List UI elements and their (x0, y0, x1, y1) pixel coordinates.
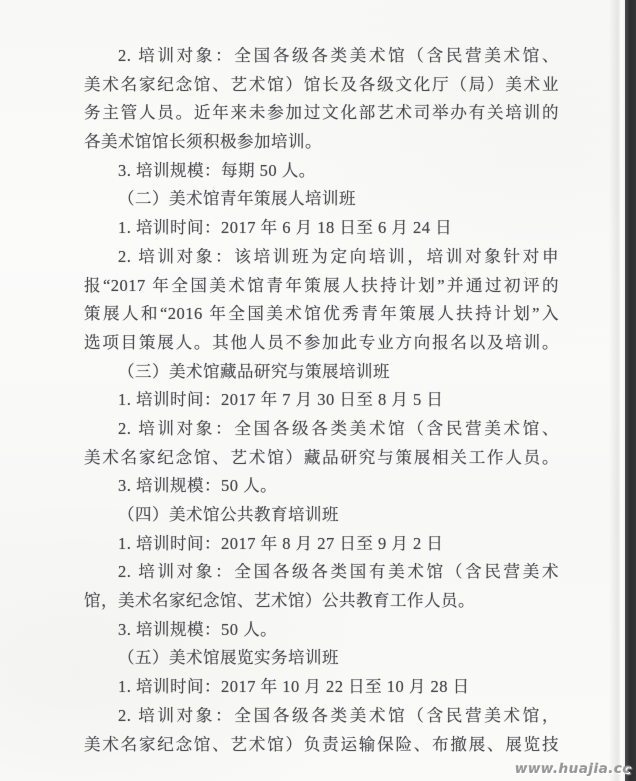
text-line: 2. 培训对象：全国各级各类美术馆（含民营美术馆、 (84, 42, 559, 71)
text-line: 2. 培训对象：全国各级各类美术馆（含民营美术馆， (84, 702, 559, 731)
document-page: 2. 培训对象：全国各级各类美术馆（含民营美术馆、美术名家纪念馆、艺术馆）馆长及… (0, 0, 636, 781)
section-heading: （五）美术馆展览实务培训班 (84, 644, 559, 673)
text-line: 选项目策展人。其他人员不参加此专业方向报名以及培训。 (84, 329, 559, 358)
text-line: 务主管人员。近年来未参加过文化部艺术司举办有关培训的 (84, 99, 559, 128)
text-line: 1. 培训时间：2017 年 8 月 27 日至 9 月 2 日 (84, 530, 559, 559)
text-line: 美术名家纪念馆、艺术馆）馆长及各级文化厅（局）美术业 (84, 71, 559, 100)
page-edge-shadow (625, 0, 636, 781)
text-line: 美术名家纪念馆、艺术馆）藏品研究与策展相关工作人员。 (84, 444, 559, 473)
text-line: 策展人和“2016 年全国美术馆优秀青年策展人扶持计划”入 (84, 300, 559, 329)
text-line: 2. 培训对象：全国各级各类美术馆（含民营美术馆、 (84, 415, 559, 444)
section-heading: （二）美术馆青年策展人培训班 (84, 185, 559, 214)
text-line: 3. 培训规模：50 人。 (84, 472, 559, 501)
page-edge-shading (609, 0, 625, 781)
text-line: 2. 培训对象：全国各级各类国有美术馆（含民营美术 (84, 558, 559, 587)
text-line: 2. 培训对象：该培训班为定向培训，培训对象针对申 (84, 243, 559, 272)
text-line: 1. 培训时间：2017 年 6 月 18 日至 6 月 24 日 (84, 214, 559, 243)
watermark: www.huajia.cc (515, 761, 631, 777)
text-line: 1. 培训时间：2017 年 7 月 30 日至 8 月 5 日 (84, 386, 559, 415)
text-line: 报“2017 年全国美术馆青年策展人扶持计划”并通过初评的 (84, 272, 559, 301)
text-line: 各美术馆馆长须积极参加培训。 (84, 128, 559, 157)
text-line: 3. 培训规模：每期 50 人。 (84, 157, 559, 186)
section-heading: （三）美术馆藏品研究与策展培训班 (84, 358, 559, 387)
text-line: 美术名家纪念馆、艺术馆）负责运输保险、布撤展、展览技 (84, 731, 559, 760)
text-line: 馆，美术名家纪念馆、艺术馆）公共教育工作人员。 (84, 587, 559, 616)
section-heading: （四）美术馆公共教育培训班 (84, 501, 559, 530)
text-line: 3. 培训规模：50 人。 (84, 616, 559, 645)
document-lines: 2. 培训对象：全国各级各类美术馆（含民营美术馆、美术名家纪念馆、艺术馆）馆长及… (84, 42, 559, 759)
text-line: 1. 培训时间：2017 年 10 月 22 日至 10 月 28 日 (84, 673, 559, 702)
